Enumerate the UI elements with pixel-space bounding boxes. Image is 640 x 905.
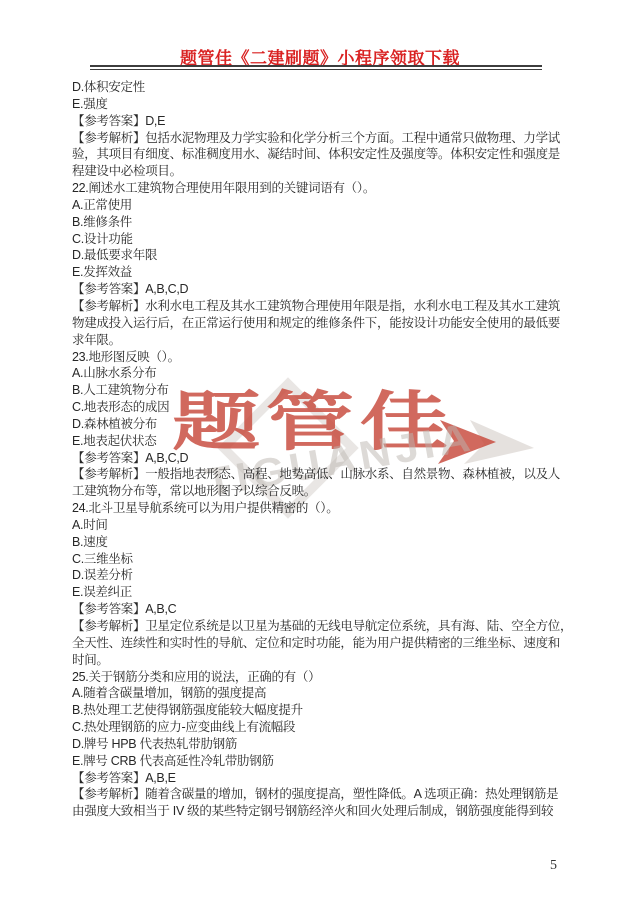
text-line: 时间。: [72, 652, 612, 669]
text-line: D.森林植被分布: [72, 416, 612, 433]
text-line: A.时间: [72, 517, 612, 534]
text-line: 【参考答案】D,E: [72, 113, 612, 130]
text-line: 【参考答案】A,B,C,D: [72, 450, 612, 467]
text-line: 24.北斗卫星导航系统可以为用户提供精密的（）。: [72, 500, 612, 517]
text-line: C.三维坐标: [72, 551, 612, 568]
page-number: 5: [550, 858, 557, 874]
header-divider: [90, 65, 542, 70]
text-line: 【参考解析】随着含碳量的增加，钢材的强度提高，塑性降低。A 选项正确：热处理钢筋…: [72, 786, 612, 803]
text-line: 求年限。: [72, 332, 612, 349]
text-line: C.设计功能: [72, 231, 612, 248]
text-line: E.发挥效益: [72, 264, 612, 281]
text-line: E.误差纠正: [72, 584, 612, 601]
text-line: A.山脉水系分布: [72, 365, 612, 382]
text-line: D.牌号 HPB 代表热轧带肋钢筋: [72, 736, 612, 753]
text-line: 22.阐述水工建筑物合理使用年限用到的关键词语有（）。: [72, 180, 612, 197]
text-line: E.牌号 CRB 代表高延性冷轧带肋钢筋: [72, 753, 612, 770]
text-line: 【参考答案】A,B,E: [72, 770, 612, 787]
text-line: 23.地形图反映（）。: [72, 349, 612, 366]
text-line: D.误差分析: [72, 567, 612, 584]
text-line: 工建筑物分布等，常以地形图予以综合反映。: [72, 483, 612, 500]
text-line: B.速度: [72, 534, 612, 551]
text-line: 全天性、连续性和实时性的导航、定位和定时功能，能为用户提供精密的三维坐标、速度和: [72, 635, 612, 652]
text-line: A.正常使用: [72, 197, 612, 214]
text-line: 【参考答案】A,B,C,D: [72, 281, 612, 298]
document-page: 题管佳 TIGUANJIA 题管佳《二建刷题》小程序领取下载 D.体积安定性E.…: [0, 0, 640, 905]
text-line: D.体积安定性: [72, 79, 612, 96]
text-line: E.地表起伏状态: [72, 433, 612, 450]
text-line: E.强度: [72, 96, 612, 113]
text-line: A.随着含碳量增加，钢筋的强度提高: [72, 685, 612, 702]
text-line: B.维修条件: [72, 214, 612, 231]
text-line: 【参考解析】一般指地表形态、高程、地势高低、山脉水系、自然景物、森林植被，以及人: [72, 466, 612, 483]
text-line: B.热处理工艺使得钢筋强度能较大幅度提升: [72, 702, 612, 719]
text-line: B.人工建筑物分布: [72, 382, 612, 399]
text-line: 由强度大致相当于 IV 级的某些特定钢号钢筋经淬火和回火处理后制成，钢筋强度能得…: [72, 803, 612, 820]
text-line: 物建成投入运行后，在正常运行使用和规定的维修条件下，能按设计功能安全使用的最低要: [72, 315, 612, 332]
text-line: C.热处理钢筋的应力-应变曲线上有流幅段: [72, 719, 612, 736]
text-line: 程建设中必检项目。: [72, 163, 612, 180]
text-line: 【参考答案】A,B,C: [72, 601, 612, 618]
text-line: 【参考解析】包括水泥物理及力学实验和化学分析三个方面。工程中通常只做物理、力学试: [72, 130, 612, 147]
text-line: 验，其项目有细度、标准稠度用水、凝结时间、体积安定性及强度等。体积安定性和强度是: [72, 146, 612, 163]
document-lines: D.体积安定性E.强度【参考答案】D,E【参考解析】包括水泥物理及力学实验和化学…: [72, 79, 612, 820]
text-line: C.地表形态的成因: [72, 399, 612, 416]
text-line: D.最低要求年限: [72, 247, 612, 264]
text-line: 25.关于钢筋分类和应用的说法，正确的有（）: [72, 669, 612, 686]
text-line: 【参考解析】卫星定位系统是以卫星为基础的无线电导航定位系统，具有海、陆、空全方位…: [72, 618, 612, 635]
text-line: 【参考解析】水利水电工程及其水工建筑物合理使用年限是指，水利水电工程及其水工建筑: [72, 298, 612, 315]
